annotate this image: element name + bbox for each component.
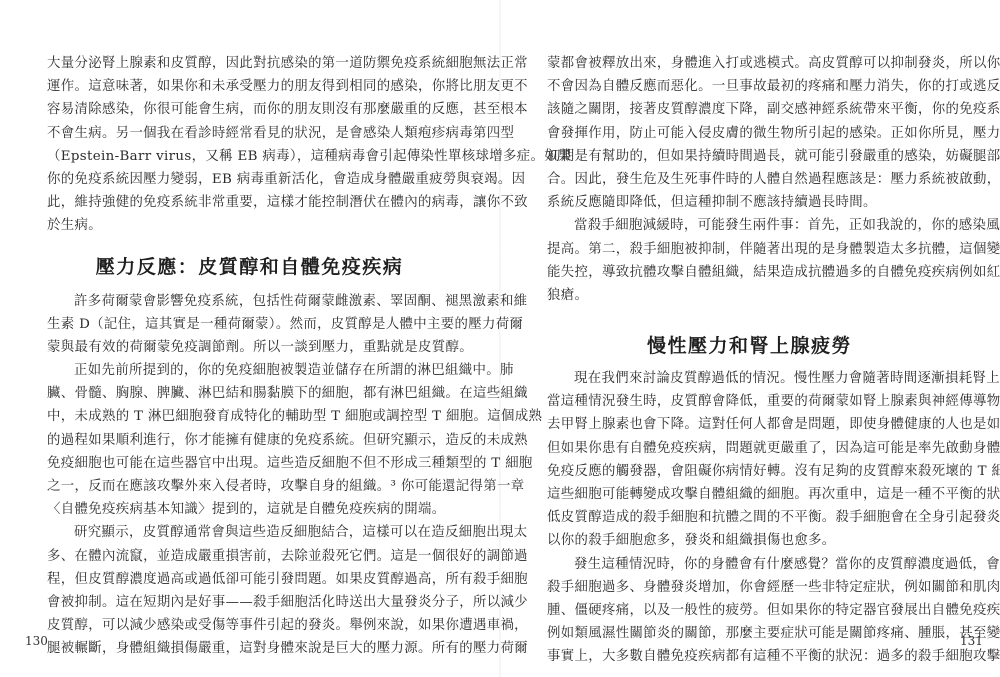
body-line: 此，維持強健的免疫系統非常重要，這樣才能控制潛伏在體內的病毒，讓你不致 <box>47 191 452 214</box>
body-line: 免疫細胞也可能在這些器官中出現。這些造反細胞不但不形成三種類型的 T 細胞 <box>47 452 452 475</box>
body-line: 腿被輾斷，身體組織損傷嚴重，這對身體來說是巨大的壓力源。所有的壓力荷爾 <box>47 637 452 660</box>
body-line: 例如類風濕性關節炎的關節，那麼主要症狀可能是關節疼痛、腫脹，甚至變形。 <box>547 622 952 645</box>
section-heading: 壓力反應：皮質醇和自體免疫疾病 <box>47 254 452 280</box>
body-line: 當這種情況發生時，皮質醇會降低，重要的荷爾蒙如腎上腺素與神經傳導物質如 <box>547 390 952 413</box>
body-line: 不會因為自體反應而惡化。一旦事故最初的疼痛和壓力消失，你的打或逃反應應 <box>547 75 952 98</box>
body-line: 狼瘡。 <box>547 284 952 307</box>
body-line: 會發揮作用，防止可能入侵皮膚的微生物所引起的感染。正如你所見，壓力反應 <box>547 122 952 145</box>
body-line: 於生病。 <box>47 214 452 237</box>
body-line: 大量分泌腎上腺素和皮質醇，因此對抗感染的第一道防禦免疫系統細胞無法正常 <box>47 52 452 75</box>
body-line: 皮質醇，可以減少感染或受傷等事件引起的發炎。舉例來說，如果你遭遇車禍， <box>47 614 452 637</box>
body-line: 正如先前所提到的，你的免疫細胞被製造並儲存在所謂的淋巴組織中。肺 <box>47 359 452 382</box>
body-line: 〈自體免疫疾病基本知識〉提到的，這就是自體免疫疾病的開端。 <box>47 498 452 521</box>
body-line: 容易清除感染，你很可能會生病，而你的朋友則沒有那麼嚴重的反應，甚至根本 <box>47 98 452 121</box>
body-line: 提高。第二，殺手細胞被抑制，伴隨著出現的是身體製造太多抗體，這個變化可 <box>547 238 952 261</box>
body-line: 發生這種情況時，你的身體會有什麼感覺？當你的皮質醇濃度過低，會導致 <box>547 553 952 576</box>
body-line: 系統反應隨即降低，但這種抑制不應該持續過長時間。 <box>547 191 952 214</box>
body-line: 生素 D（記住，這其實是一種荷爾蒙）。然而，皮質醇是人體中主要的壓力荷爾 <box>47 313 452 336</box>
body-line: 你的免疫系統因壓力變弱，EB 病毒重新活化，會造成身體嚴重疲勞與衰竭。因 <box>47 168 452 191</box>
body-line: 初期是有幫助的，但如果持續時間過長，就可能引發嚴重的感染，妨礙腿部癒 <box>547 145 952 168</box>
body-line: 研究顯示，皮質醇通常會與這些造反細胞結合，這樣可以在造反細胞出現太 <box>47 521 452 544</box>
body-line: 低皮質醇造成的殺手細胞和抗體之間的不平衡。殺手細胞會在全身引起發炎，所 <box>547 506 952 529</box>
body-line: 不會生病。另一個我在看診時經常看見的狀況，是會感染人類疱疹病毒第四型 <box>47 122 452 145</box>
body-line: 現在我們來討論皮質醇過低的情況。慢性壓力會隨著時間逐漸損耗腎上腺。 <box>547 367 952 390</box>
body-line: （Epstein-Barr virus，又稱 EB 病毒），這種病毒會引起傳染性… <box>47 145 452 168</box>
body-line: 當殺手細胞減緩時，可能發生兩件事：首先，正如我說的，你的感染風險會 <box>547 214 952 237</box>
body-line: 去甲腎上腺素也會下降。這對任何人都會是問題，即使身體健康的人也是如此。 <box>547 413 952 436</box>
body-line: 臟、骨髓、胸腺、脾臟、淋巴結和腸黏膜下的細胞，都有淋巴組織。在這些組織 <box>47 382 452 405</box>
body-line: 蒙都會被釋放出來，身體進入打或逃模式。高皮質醇可以抑制發炎，所以你的傷 <box>547 52 952 75</box>
body-line: 合。因此，發生危及生死事件時的人體自然過程應該是：壓力系統被啟動，免疫 <box>547 168 952 191</box>
body-line: 程，但皮質醇濃度過高或過低卻可能引發問題。如果皮質醇過高，所有殺手細胞 <box>47 568 452 591</box>
body-line: 殺手細胞過多、身體發炎增加，你會經歷一些非特定症狀，例如關節和肌肉浮 <box>547 576 952 599</box>
body-line: 之一，反而在應該攻擊外來入侵者時，攻擊自身的組織。³ 你可能還記得第一章 <box>47 475 452 498</box>
body-line: 該隨之關閉，接著皮質醇濃度下降，副交感神經系統帶來平衡，你的免疫系統就 <box>547 98 952 121</box>
body-line: 事實上，大多數自體免疫疾病都有這種不平衡的狀況：過多的殺手細胞攻擊自己 <box>547 645 952 668</box>
body-line: 這些細胞可能轉變成攻擊自體組織的細胞。再次重申，這是一種不平衡的狀況， <box>547 483 952 506</box>
right-page: 蒙都會被釋放出來，身體進入打或逃模式。高皮質醇可以抑制發炎，所以你的傷 不會因為… <box>547 52 952 669</box>
body-line: 蒙與最有效的荷爾蒙免疫調節劑。所以一談到壓力，重點就是皮質醇。 <box>47 336 452 359</box>
page-number-left: 130 <box>25 634 48 648</box>
body-line: 運作。這意味著，如果你和未承受壓力的朋友得到相同的感染，你將比朋友更不 <box>47 75 452 98</box>
left-page: 大量分泌腎上腺素和皮質醇，因此對抗感染的第一道防禦免疫系統細胞無法正常 運作。這… <box>47 52 452 661</box>
body-line: 多、在體內流竄，並造成嚴重損害前，去除並殺死它們。這是一個很好的調節過 <box>47 545 452 568</box>
body-line: 會被抑制。這在短期內是好事——殺手細胞活化時送出大量發炎分子，所以減少 <box>47 591 452 614</box>
body-line: 免疫反應的觸發器，會阻礙你病情好轉。沒有足夠的皮質醇來殺死壞的 T 細胞， <box>547 460 952 483</box>
body-line: 中，未成熟的 T 淋巴細胞發育成特化的輔助型 T 細胞或調控型 T 細胞。這個成… <box>47 405 452 428</box>
page-number-right: 131 <box>960 634 983 648</box>
body-line: 能失控，導致抗體攻擊自體組織，結果造成抗體過多的自體免疫疾病例如紅斑性 <box>547 261 952 284</box>
body-line: 許多荷爾蒙會影響免疫系統，包括性荷爾蒙雌激素、睪固酮、褪黑激素和維 <box>47 290 452 313</box>
body-line: 但如果你患有自體免疫疾病，問題就更嚴重了，因為這可能是率先啟動身體自體 <box>547 437 952 460</box>
body-line: 以你的殺手細胞愈多，發炎和組織損傷也愈多。 <box>547 529 952 552</box>
body-line: 的過程如果順利進行，你才能擁有健康的免疫系統。但研究顯示，造反的未成熟 <box>47 429 452 452</box>
body-line: 腫、僵硬疼痛，以及一般性的疲勞。但如果你的特定器官發展出自體免疫疾病， <box>547 599 952 622</box>
section-heading: 慢性壓力和腎上腺疲勞 <box>547 333 952 359</box>
